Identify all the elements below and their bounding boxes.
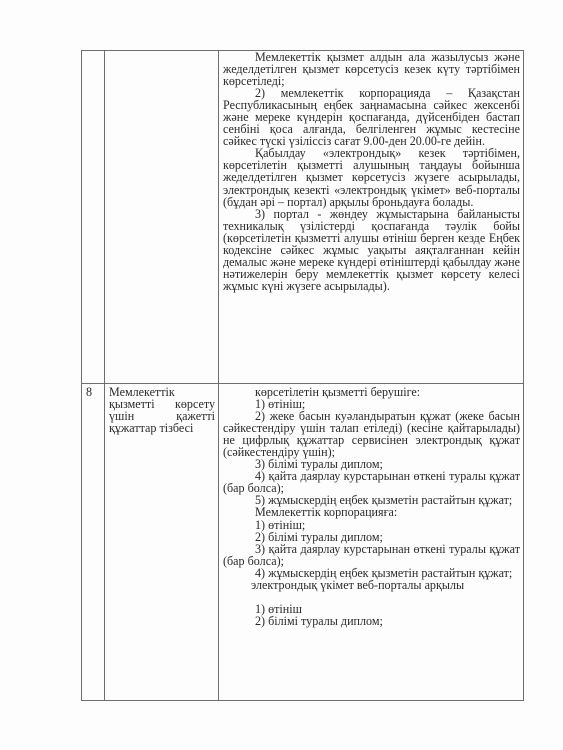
paragraph: электрондық үкімет веб-порталы арқылы (223, 579, 520, 591)
paragraph: 3) қайта даярлау курстарынан өткені тура… (223, 543, 520, 567)
document-page: Мемлекеттік қызмет алдын ала жазылусыз ж… (0, 0, 563, 750)
table-row: Мемлекеттік қызмет алдын ала жазылусыз ж… (82, 51, 524, 384)
paragraph: 3) портал - жөндеу жұмыстарына байланыст… (223, 208, 520, 292)
table-row: 8 Мемлекеттік қызметті көрсету үшін қаже… (82, 384, 524, 701)
paragraph: 2) мемлекеттік корпорацияда – Қазақстан … (223, 87, 520, 147)
paragraph: 2) білімі туралы диплом; (223, 531, 520, 543)
row-name (105, 51, 219, 384)
row-content: көрсетілетін қызметті берушіге: 1) өтіні… (219, 384, 524, 701)
row-name: Мемлекеттік қызметті көрсету үшін қажетт… (105, 384, 219, 701)
paragraph: Қабылдау «электрондық» кезек тәртібімен,… (223, 147, 520, 207)
blank-line (223, 591, 520, 603)
paragraph: 4) жұмыскердің еңбек қызметін растайтын … (223, 567, 520, 579)
paragraph: 2) білімі туралы диплом; (223, 615, 520, 627)
row-content: Мемлекеттік қызмет алдын ала жазылусыз ж… (219, 51, 524, 384)
services-table: Мемлекеттік қызмет алдын ала жазылусыз ж… (81, 50, 524, 701)
paragraph: 2) жеке басын куәландыратын құжат (жеке … (223, 410, 520, 458)
paragraph: 1) өтініш; (223, 519, 520, 531)
row-number: 8 (82, 384, 105, 701)
paragraph: Мемлекеттік қызмет алдын ала жазылусыз ж… (223, 51, 520, 87)
paragraph: Мемлекеттік корпорацияға: (223, 506, 520, 518)
paragraph: 4) қайта даярлау курстарынан өткені тура… (223, 470, 520, 494)
row-number (82, 51, 105, 384)
